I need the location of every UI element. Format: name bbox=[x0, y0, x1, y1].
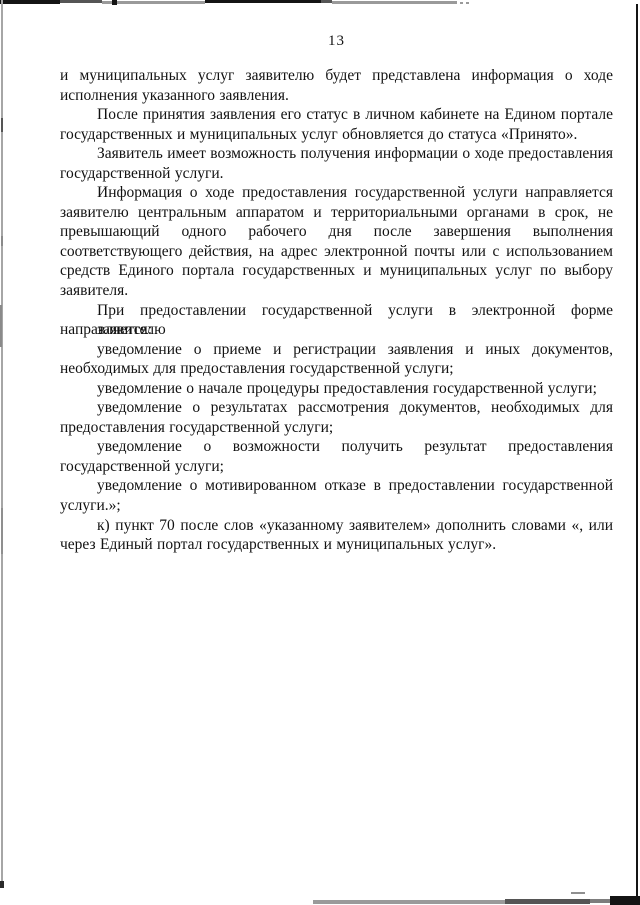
text-line: государственной услуги. bbox=[60, 164, 613, 184]
text-line: средств Единого портала государственных … bbox=[60, 261, 613, 281]
paragraph: к) пункт 70 после слов «указанному заяви… bbox=[60, 516, 613, 555]
scan-edge-top-dots bbox=[460, 2, 463, 4]
scan-edge-left-dash bbox=[1, 508, 3, 554]
scan-edge-top-segment bbox=[321, 0, 332, 3]
text-line: уведомление о приеме и регистрации заявл… bbox=[60, 340, 613, 360]
text-line: необходимых для предоставления государст… bbox=[60, 359, 613, 379]
paragraph: уведомление о возможности получить резул… bbox=[60, 437, 613, 476]
text-line: Заявитель имеет возможность получения ин… bbox=[60, 144, 613, 164]
text-line: соответствующего действия, на адрес элек… bbox=[60, 242, 613, 262]
text-line: государственных и муниципальных услуг об… bbox=[60, 125, 613, 145]
scan-edge-bottom-segment bbox=[313, 900, 505, 904]
text-line: исполнения указанного заявления. bbox=[60, 86, 613, 106]
scan-edge-bottom-tick bbox=[571, 892, 585, 894]
scan-edge-bottom-segment bbox=[505, 899, 590, 904]
scan-edge-top-segment bbox=[332, 1, 457, 4]
text-line: Информация о ходе предоставления государ… bbox=[60, 183, 613, 203]
text-line: направляется: bbox=[60, 320, 613, 340]
paragraph: уведомление о мотивированном отказе в пр… bbox=[60, 476, 613, 515]
scan-edge-top-blip bbox=[112, 0, 117, 5]
text-line: государственной услуги; bbox=[60, 457, 613, 477]
scan-edge-left-mark bbox=[0, 881, 4, 888]
scanned-document-page: 13 и муниципальных услуг заявителю будет… bbox=[0, 0, 640, 905]
text-line: При предоставлении государственной услуг… bbox=[60, 301, 613, 321]
scan-edge-top-segment bbox=[102, 1, 205, 4]
text-line: к) пункт 70 после слов «указанному заяви… bbox=[60, 516, 613, 536]
scan-edge-left-dash bbox=[1, 118, 3, 132]
scan-edge-top-segment bbox=[0, 0, 60, 4]
text-line: уведомление о возможности получить резул… bbox=[60, 437, 613, 457]
paragraph: При предоставлении государственной услуг… bbox=[60, 301, 613, 340]
paragraph: После принятия заявления его статус в ли… bbox=[60, 105, 613, 144]
paragraph: уведомление о результатах рассмотрения д… bbox=[60, 398, 613, 437]
text-line: предоставления государственной услуги; bbox=[60, 418, 613, 438]
text-line: После принятия заявления его статус в ли… bbox=[60, 105, 613, 125]
page-number: 13 bbox=[60, 33, 613, 50]
paragraph: уведомление о приеме и регистрации заявл… bbox=[60, 340, 613, 379]
text-line: через Единый портал государственных и му… bbox=[60, 535, 613, 555]
text-line: услуги.»; bbox=[60, 496, 613, 516]
scan-edge-left-dash bbox=[1, 236, 3, 246]
paragraph: Информация о ходе предоставления государ… bbox=[60, 183, 613, 300]
text-line: уведомление о начале процедуры предостав… bbox=[60, 379, 613, 399]
text-line: заявителя. bbox=[60, 281, 613, 301]
text-line: уведомление о результатах рассмотрения д… bbox=[60, 398, 613, 418]
scan-edge-right-line bbox=[636, 4, 638, 898]
paragraph: и муниципальных услуг заявителю будет пр… bbox=[60, 66, 613, 105]
scan-edge-bottom-segment bbox=[590, 899, 610, 903]
text-line: превышающий одного рабочего дня после за… bbox=[60, 222, 613, 242]
text-line: и муниципальных услуг заявителю будет пр… bbox=[60, 66, 613, 86]
scan-edge-left-dash bbox=[0, 305, 2, 347]
paragraph: уведомление о начале процедуры предостав… bbox=[60, 379, 613, 399]
document-body: и муниципальных услуг заявителю будет пр… bbox=[60, 66, 613, 555]
scan-edge-left-line bbox=[1, 0, 3, 888]
text-line: заявителю центральным аппаратом и террит… bbox=[60, 203, 613, 223]
scan-edge-top-segment bbox=[205, 0, 321, 3]
scan-edge-top-segment bbox=[60, 0, 102, 3]
scan-edge-bottom-corner bbox=[610, 896, 640, 905]
text-line: уведомление о мотивированном отказе в пр… bbox=[60, 476, 613, 496]
paragraph: Заявитель имеет возможность получения ин… bbox=[60, 144, 613, 183]
